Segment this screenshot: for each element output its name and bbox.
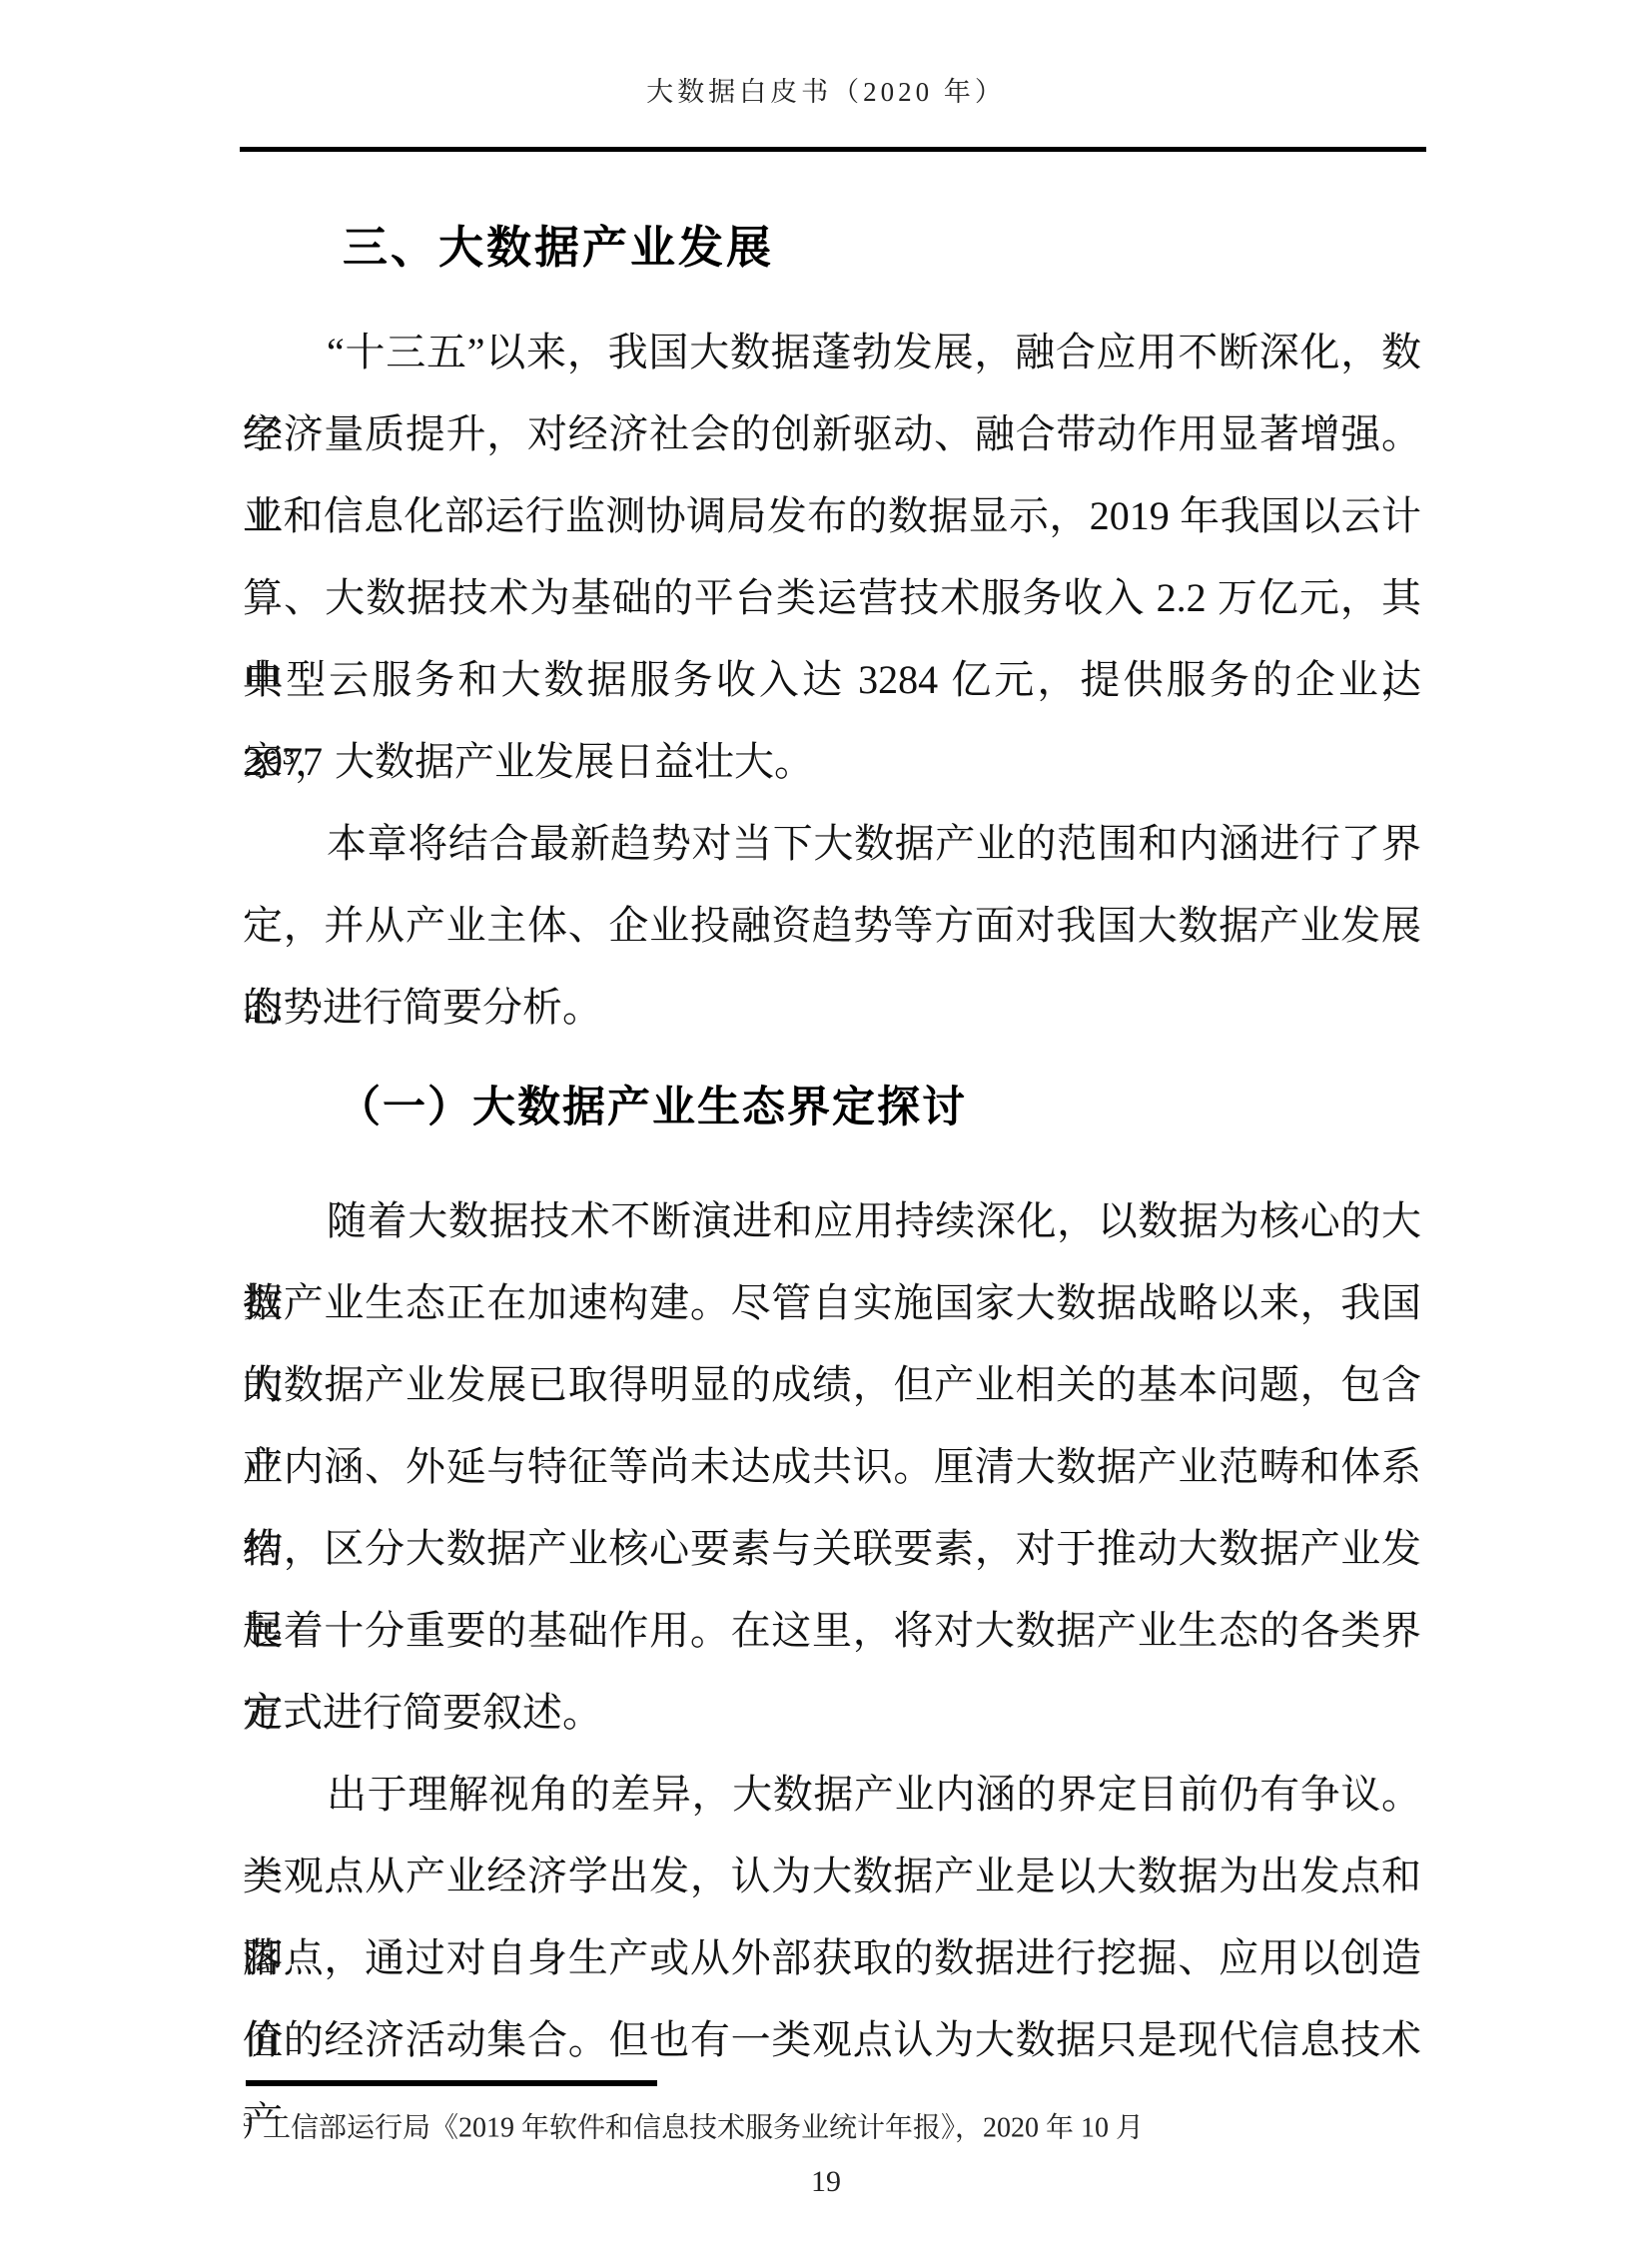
body-line: 脚点，通过对自身生产或从外部获取的数据进行挖掘、应用以创造价	[243, 1917, 1421, 1999]
body-line: 构，区分大数据产业核心要素与关联要素，对于推动大数据产业发展	[243, 1508, 1421, 1590]
body-line: 家³，大数据产业发展日益壮大。	[243, 721, 1421, 803]
body-line: 起着十分重要的基础作用。在这里，将对大数据产业生态的各类界定	[243, 1590, 1421, 1672]
content-column: 三、大数据产业发展 “十三五”以来，我国大数据蓬勃发展，融合应用不断深化，数字经…	[243, 212, 1421, 2081]
header-rule	[240, 147, 1426, 152]
body-line: 定，并从产业主体、企业投融资趋势等方面对我国大数据产业发展的	[243, 885, 1421, 967]
footnote-text: 工信部运行局《2019 年软件和信息技术服务业统计年报》，2020 年 10 月	[263, 2112, 1144, 2143]
paragraph: 出于理解视角的差异，大数据产业内涵的界定目前仍有争议。一类观点从产业经济学出发，…	[243, 1754, 1421, 2081]
page-number: 19	[0, 2165, 1652, 2199]
body-line: 大数据产业发展已取得明显的成绩，但产业相关的基本问题，包含产	[243, 1344, 1421, 1426]
body-line: 类观点从产业经济学出发，认为大数据产业是以大数据为出发点和落	[243, 1836, 1421, 1917]
body-line: 本章将结合最新趋势对当下大数据产业的范围和内涵进行了界	[243, 803, 1421, 885]
body-line: 据产业生态正在加速构建。尽管自实施国家大数据战略以来，我国的	[243, 1262, 1421, 1344]
body-line: 出于理解视角的差异，大数据产业内涵的界定目前仍有争议。一	[243, 1754, 1421, 1836]
body-line: 业和信息化部运行监测协调局发布的数据显示，2019 年我国以云计	[243, 475, 1421, 557]
paragraph: 本章将结合最新趋势对当下大数据产业的范围和内涵进行了界定，并从产业主体、企业投融…	[243, 803, 1421, 1049]
footnote-rule	[246, 2080, 657, 2086]
paragraph: 随着大数据技术不断演进和应用持续深化，以数据为核心的大数据产业生态正在加速构建。…	[243, 1180, 1421, 1754]
body-line: “十三五”以来，我国大数据蓬勃发展，融合应用不断深化，数字	[243, 312, 1421, 393]
body-line: 经济量质提升，对经济社会的创新驱动、融合带动作用显著增强。工	[243, 393, 1421, 475]
section-heading: （一）大数据产业生态界定探讨	[243, 1077, 1421, 1140]
footnote-marker: 3	[243, 2109, 253, 2131]
body-line: 业内涵、外延与特征等尚未达成共识。厘清大数据产业范畴和体系结	[243, 1426, 1421, 1508]
body-line: 方式进行简要叙述。	[243, 1672, 1421, 1754]
page-header-title: 大数据白皮书（2020 年）	[0, 70, 1652, 109]
body-line: 典型云服务和大数据服务收入达 3284 亿元，提供服务的企业达 2977	[243, 639, 1421, 721]
body-line: 值的经济活动集合。但也有一类观点认为大数据只是现代信息技术产	[243, 1999, 1421, 2081]
body-line: 随着大数据技术不断演进和应用持续深化，以数据为核心的大数	[243, 1180, 1421, 1262]
body-line: 算、大数据技术为基础的平台类运营技术服务收入 2.2 万亿元，其中，	[243, 557, 1421, 639]
body-line: 态势进行简要分析。	[243, 967, 1421, 1049]
chapter-title: 三、大数据产业发展	[243, 212, 1421, 284]
paragraph: “十三五”以来，我国大数据蓬勃发展，融合应用不断深化，数字经济量质提升，对经济社…	[243, 312, 1421, 803]
body-blocks: “十三五”以来，我国大数据蓬勃发展，融合应用不断深化，数字经济量质提升，对经济社…	[243, 312, 1421, 2081]
footnote: 3工信部运行局《2019 年软件和信息技术服务业统计年报》，2020 年 10 …	[243, 2099, 1421, 2149]
